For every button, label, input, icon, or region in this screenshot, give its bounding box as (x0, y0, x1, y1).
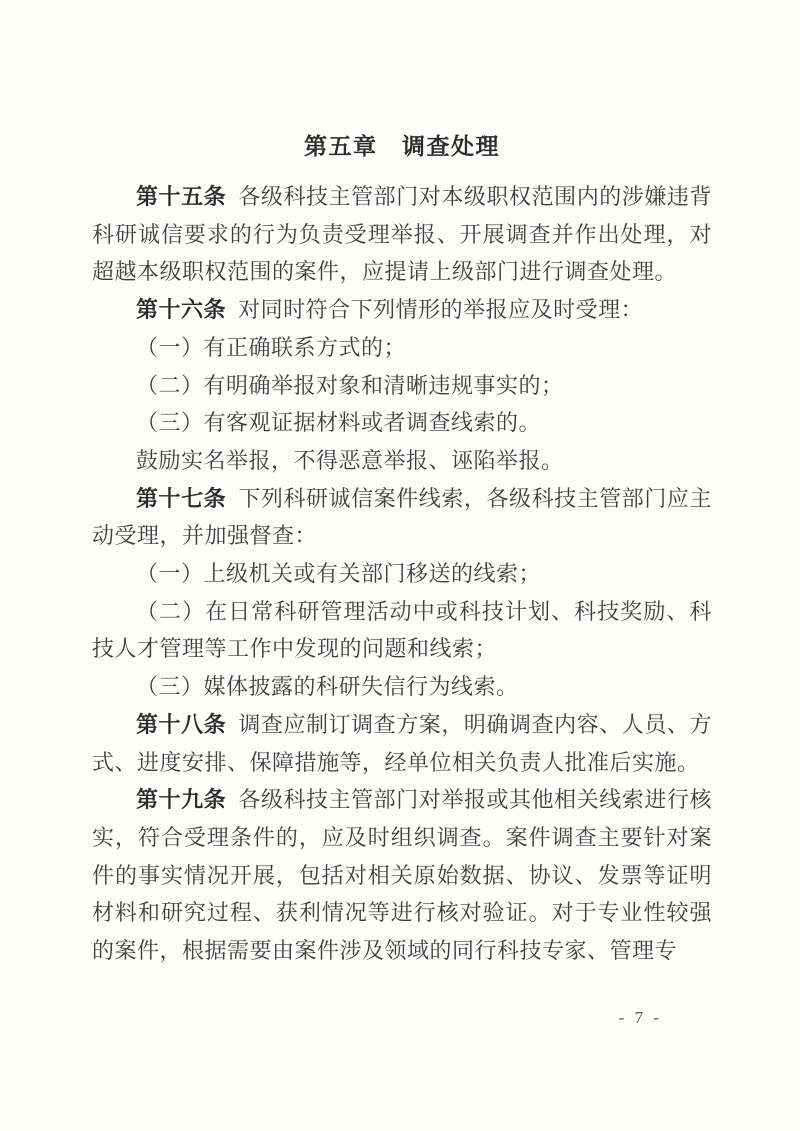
article-number: 第十五条 (136, 184, 226, 209)
article-number: 第十八条 (136, 712, 226, 737)
paragraph-text: （三）媒体披露的科研失信行为线索。 (136, 674, 519, 699)
paragraph-list: 第十五条各级科技主管部门对本级职权范围内的涉嫌违背科研诚信要求的行为负责受理举报… (92, 178, 712, 970)
paragraph: （二）有明确举报对象和清晰违规事实的； (92, 367, 712, 405)
paragraph: 鼓励实名举报，不得恶意举报、诬陷举报。 (92, 442, 712, 480)
paragraph: （一）有正确联系方式的； (92, 329, 712, 367)
article-number: 第十七条 (136, 486, 226, 511)
paragraph: （一）上级机关或有关部门移送的线索； (92, 555, 712, 593)
paragraph: 第十八条调查应制订调查方案，明确调查内容、人员、方式、进度安排、保障措施等，经单… (92, 706, 712, 781)
paragraph-text: 各级科技主管部门对举报或其他相关线索进行核实，符合受理条件的，应及时组织调查。案… (92, 787, 712, 963)
paragraph-text: 对同时符合下列情形的举报应及时受理： (238, 297, 643, 322)
document-body: 第五章 调查处理 第十五条各级科技主管部门对本级职权范围内的涉嫌违背科研诚信要求… (92, 131, 712, 970)
chapter-title: 第五章 调查处理 (92, 131, 712, 161)
paragraph: 第十七条下列科研诚信案件线索，各级科技主管部门应主动受理，并加强督查： (92, 480, 712, 555)
paragraph-text: （二）在日常科研管理活动中或科技计划、科技奖励、科技人才管理等工作中发现的问题和… (92, 599, 712, 662)
paragraph: 第十九条各级科技主管部门对举报或其他相关线索进行核实，符合受理条件的，应及时组织… (92, 781, 712, 970)
paragraph: 第十五条各级科技主管部门对本级职权范围内的涉嫌违背科研诚信要求的行为负责受理举报… (92, 178, 712, 291)
paragraph: （三）有客观证据材料或者调查线索的。 (92, 404, 712, 442)
article-number: 第十九条 (136, 787, 226, 812)
paragraph-text: 鼓励实名举报，不得恶意举报、诬陷举报。 (136, 448, 564, 473)
paragraph: （二）在日常科研管理活动中或科技计划、科技奖励、科技人才管理等工作中发现的问题和… (92, 593, 712, 668)
paragraph-text: （一）有正确联系方式的； (136, 335, 406, 360)
paragraph: （三）媒体披露的科研失信行为线索。 (92, 668, 712, 706)
paragraph-text: （三）有客观证据材料或者调查线索的。 (136, 410, 541, 435)
paragraph: 第十六条对同时符合下列情形的举报应及时受理： (92, 291, 712, 329)
article-number: 第十六条 (136, 297, 226, 322)
paragraph-text: （一）上级机关或有关部门移送的线索； (136, 561, 541, 586)
paragraph-text: （二）有明确举报对象和清晰违规事实的； (136, 373, 564, 398)
document-page: 第五章 调查处理 第十五条各级科技主管部门对本级职权范围内的涉嫌违背科研诚信要求… (0, 0, 800, 1131)
page-number: - 7 - (619, 1007, 662, 1029)
